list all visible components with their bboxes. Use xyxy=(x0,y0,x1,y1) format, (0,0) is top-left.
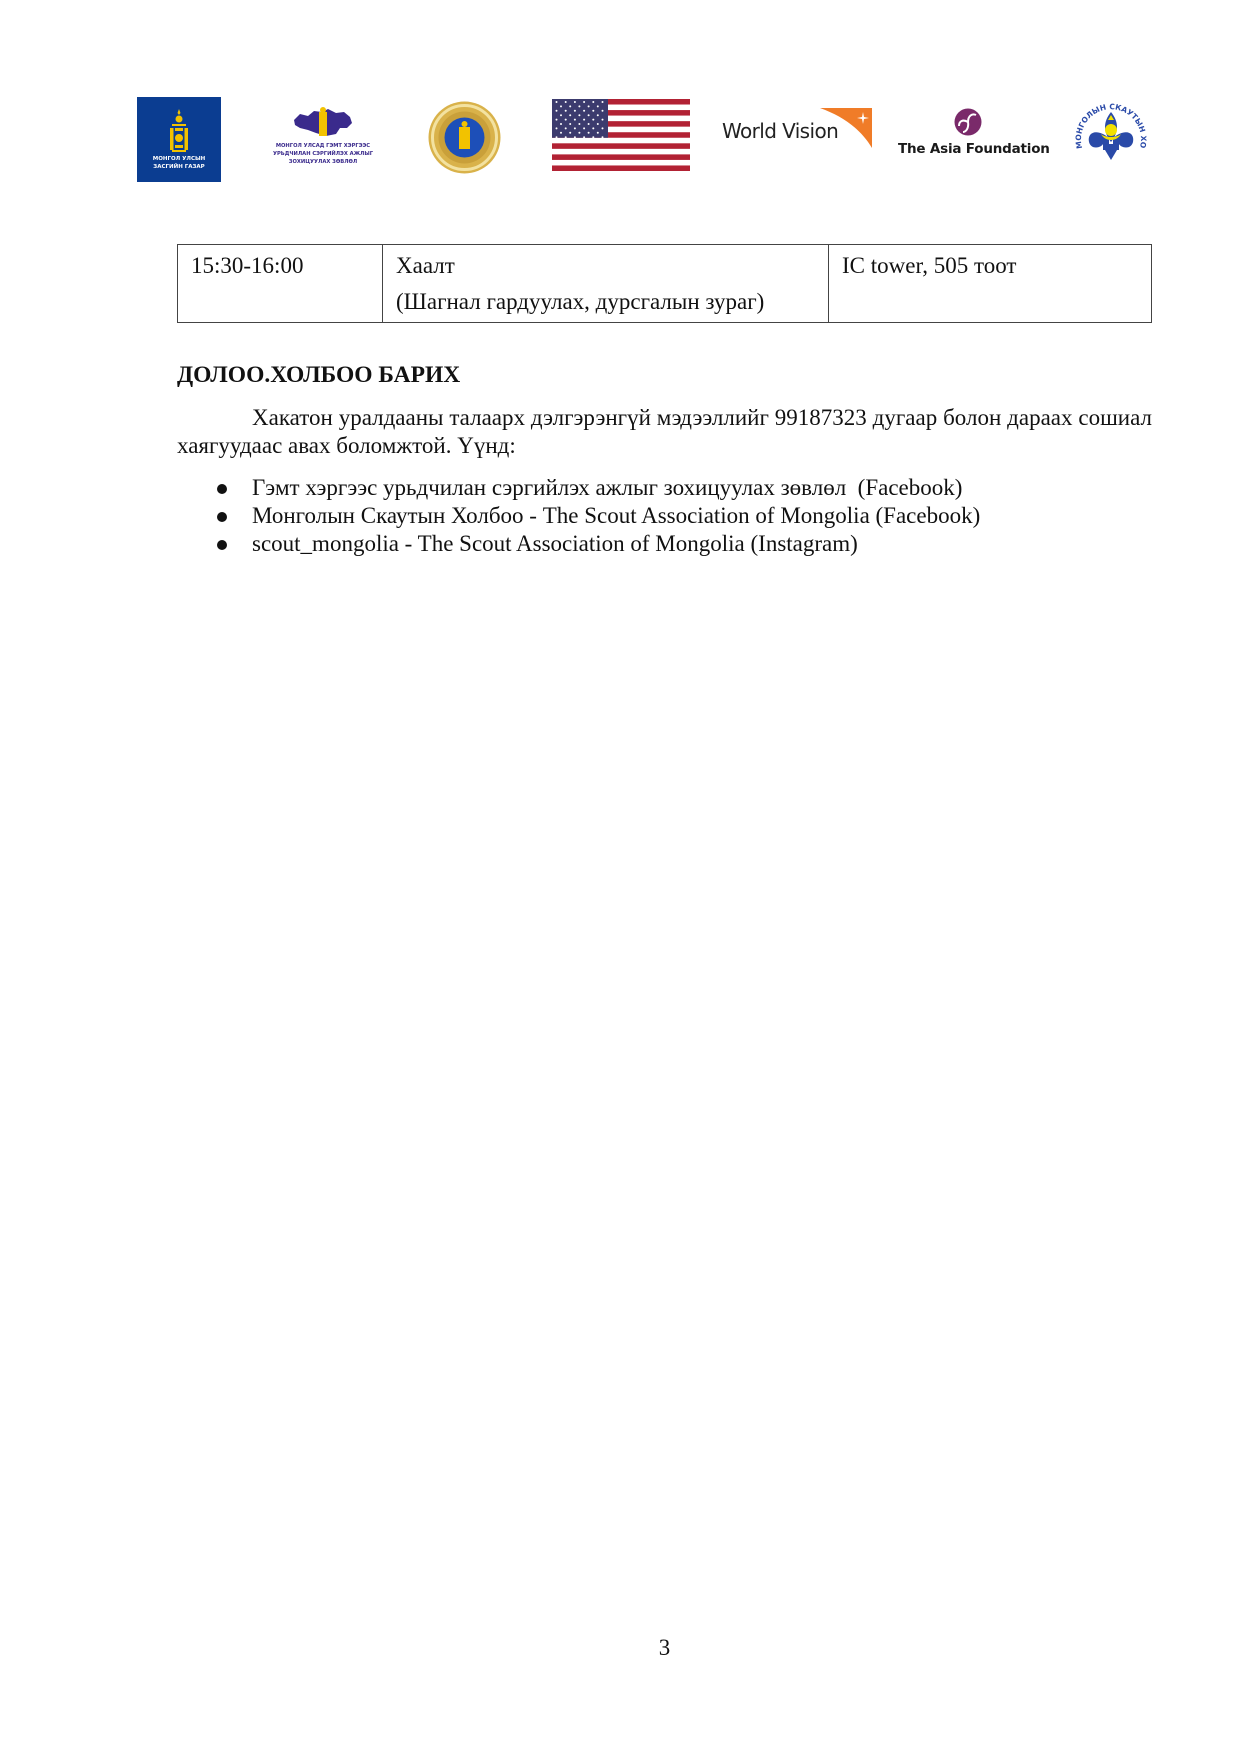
police-emblem-logo xyxy=(427,100,502,175)
list-item: scout_mongolia - The Scout Association o… xyxy=(177,530,980,558)
section-heading: ДОЛОО.ХОЛБОО БАРИХ xyxy=(177,362,460,389)
bullet-icon xyxy=(217,540,227,550)
gold-emblem-icon xyxy=(427,100,502,175)
asia-foundation-mark-icon xyxy=(954,108,982,136)
time-cell: 15:30-16:00 xyxy=(178,245,383,323)
contact-paragraph: Хакатон уралдааны талаарх дэлгэрэнгүй мэ… xyxy=(177,404,1152,460)
asia-foundation-text: The Asia Foundation xyxy=(898,141,1050,157)
soyombo-icon xyxy=(170,109,188,153)
world-vision-logo: World Vision xyxy=(722,106,874,154)
scout-association-logo: МОНГОЛЫН СКАУТЫН ХОЛБОО xyxy=(1073,98,1149,170)
asia-foundation-logo: The Asia Foundation xyxy=(896,106,1041,162)
list-item: Гэмт хэргээс урьдчилан сэргийлэх ажлыг з… xyxy=(177,474,980,502)
mongolia-map-icon xyxy=(292,106,354,140)
list-item: Монголын Скаутын Холбоо - The Scout Asso… xyxy=(177,502,980,530)
us-flag-logo xyxy=(552,99,690,171)
page-number: 3 xyxy=(0,1635,1241,1661)
us-flag-icon xyxy=(552,99,690,171)
bullet-icon xyxy=(217,484,227,494)
scout-fleur-de-lis-icon: МОНГОЛЫН СКАУТЫН ХОЛБОО xyxy=(1073,98,1149,170)
activity-cell: Хаалт (Шагнал гардуулах, дурсгалын зураг… xyxy=(383,245,829,323)
location-cell: IC tower, 505 тоот xyxy=(829,245,1152,323)
table-row: 15:30-16:00 Хаалт (Шагнал гардуулах, дур… xyxy=(178,245,1152,323)
council-logo-text: МОНГОЛ УЛСАД ГЭМТ ХЭРГЭЭС УРЬДЧИЛАН СЭРГ… xyxy=(266,142,380,166)
social-links-list: Гэмт хэргээс урьдчилан сэргийлэх ажлыг з… xyxy=(177,474,980,558)
schedule-table: 15:30-16:00 Хаалт (Шагнал гардуулах, дур… xyxy=(177,244,1152,323)
world-vision-swoosh-icon xyxy=(820,108,874,148)
bullet-icon xyxy=(217,512,227,522)
government-logo-text: МОНГОЛ УЛСЫН ЗАСГИЙН ГАЗАР xyxy=(137,155,221,171)
crime-prevention-council-logo: МОНГОЛ УЛСАД ГЭМТ ХЭРГЭЭС УРЬДЧИЛАН СЭРГ… xyxy=(266,106,380,174)
government-of-mongolia-logo: МОНГОЛ УЛСЫН ЗАСГИЙН ГАЗАР xyxy=(137,97,221,182)
